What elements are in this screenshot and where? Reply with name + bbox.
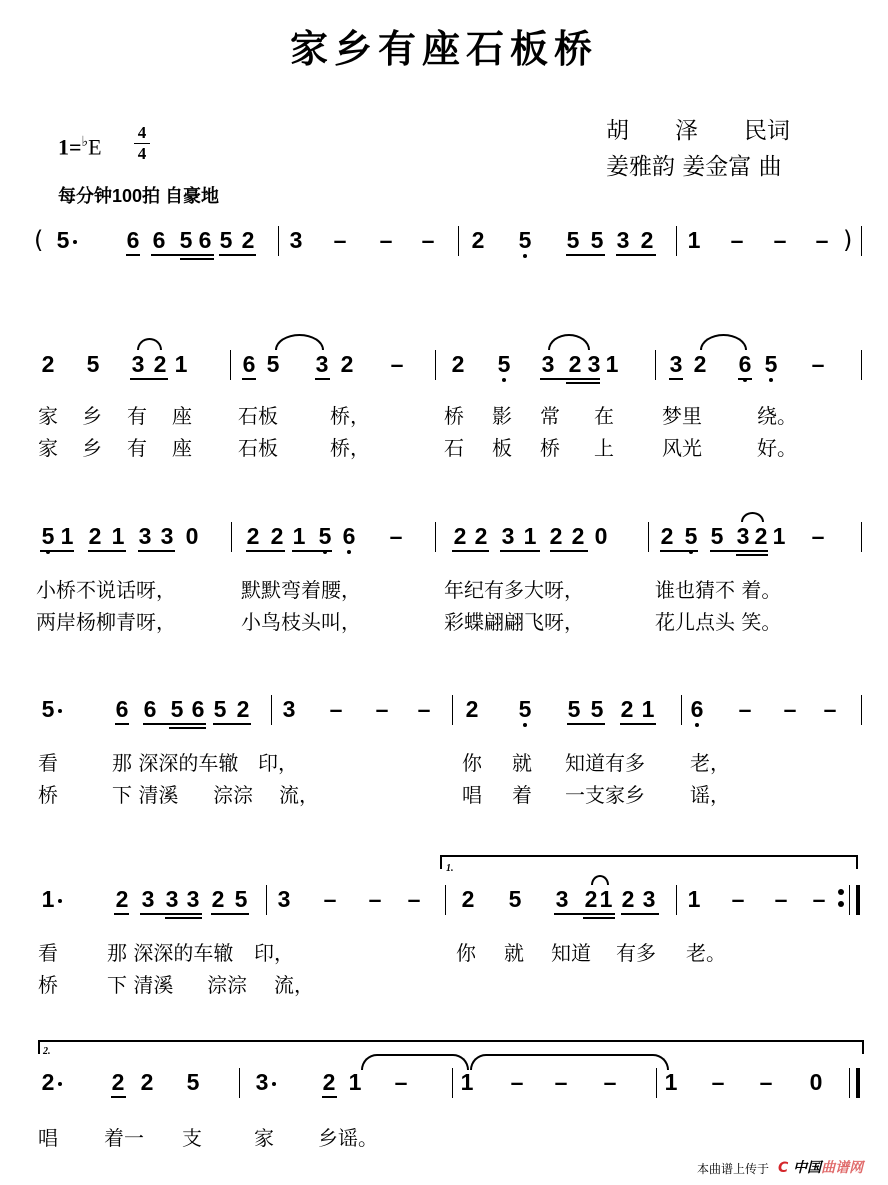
logo-mark-icon: C: [778, 1160, 788, 1176]
note: 5: [568, 697, 581, 721]
note: 6: [144, 697, 157, 721]
underline-beam: [566, 254, 605, 256]
underline-beam: [566, 382, 600, 384]
note: 3: [670, 352, 683, 376]
volta-bracket-2: [38, 1040, 864, 1054]
note: 3: [283, 697, 296, 721]
lyric-text: 座: [172, 432, 192, 461]
slur-arc: [591, 875, 609, 885]
underline-beam: [111, 1096, 126, 1098]
lyric-text: 着一: [104, 1122, 144, 1151]
note: –: [812, 524, 825, 548]
lyric-text: 谣，: [690, 779, 730, 808]
underline-beam: [292, 550, 332, 552]
note: 5: [765, 352, 778, 376]
note: 2: [452, 352, 465, 376]
lyric-text: 知道: [551, 937, 591, 966]
note: 0: [186, 524, 199, 548]
note: 3: [166, 887, 179, 911]
note: 0: [595, 524, 608, 548]
volta-bracket-1: [440, 855, 858, 869]
lyric-text: 桥: [38, 779, 58, 808]
underline-beam: [213, 723, 251, 725]
note: 1: [606, 352, 619, 376]
note: 2: [462, 887, 475, 911]
note: 6: [127, 228, 140, 252]
note: 2: [475, 524, 488, 548]
underline-beam: [126, 254, 140, 256]
underline-beam: [554, 913, 615, 915]
lyric-text: 年纪有多大呀，: [444, 574, 584, 603]
underline-beam: [621, 913, 659, 915]
bar-line: [458, 226, 459, 256]
note: –: [380, 228, 393, 252]
repeat-dot: [838, 901, 844, 907]
lyric-text: 石板: [238, 432, 278, 461]
note: 2: [472, 228, 485, 252]
bar-line: [849, 1068, 850, 1098]
note: –: [816, 228, 829, 252]
low-octave-dot: [769, 378, 773, 382]
lyric-text: 桥: [540, 432, 560, 461]
bar-line: [648, 522, 649, 552]
lyric-text: 老。: [686, 937, 726, 966]
note: 1: [61, 524, 74, 548]
note: –: [732, 887, 745, 911]
note: 3: [542, 352, 555, 376]
underline-beam: [315, 378, 330, 380]
note: 1: [42, 887, 55, 911]
lyric-text: 印，: [254, 937, 294, 966]
note: 2: [550, 524, 563, 548]
lyric-text: 梦里: [662, 400, 702, 429]
note: 2: [112, 1070, 125, 1094]
note: 2: [89, 524, 102, 548]
note: 6: [192, 697, 205, 721]
note: –: [812, 352, 825, 376]
underline-beam: [736, 554, 768, 556]
note: 3: [290, 228, 303, 252]
lyric-text: 桥: [444, 400, 464, 429]
bar-line: [861, 350, 862, 380]
lyric-text: 常: [540, 400, 560, 429]
note: –: [774, 228, 787, 252]
lyric-text: 绕。: [757, 400, 797, 429]
note: 1: [600, 887, 613, 911]
lyric-text: 乡谣。: [318, 1122, 378, 1151]
bar-line: [452, 695, 453, 725]
note: 5: [42, 524, 55, 548]
underline-beam: [710, 550, 768, 552]
note: 5: [567, 228, 580, 252]
lyric-text: 乡: [82, 400, 102, 429]
note: –: [376, 697, 389, 721]
note: –: [334, 228, 347, 252]
bar-line: [856, 885, 860, 915]
lyric-text: 在: [594, 400, 614, 429]
note: 3: [643, 887, 656, 911]
lyric-text: 桥，: [330, 432, 370, 461]
lyric-text: 老，: [690, 747, 730, 776]
lyric-text: 石: [444, 432, 464, 461]
time-bottom: 4: [134, 145, 150, 163]
bar-line: [231, 522, 232, 552]
lyric-text: 就: [512, 747, 532, 776]
note: 6: [739, 352, 752, 376]
underline-beam: [616, 254, 656, 256]
key-prefix: 1=: [58, 134, 82, 159]
lyric-text: 看: [38, 747, 58, 776]
underline-beam: [143, 723, 206, 725]
note: 5: [498, 352, 511, 376]
tempo-marking: 每分钟100拍 自豪地: [58, 182, 219, 208]
underline-beam: [211, 913, 249, 915]
note: 5: [509, 887, 522, 911]
note: 6: [116, 697, 129, 721]
bar-line: [856, 1068, 860, 1098]
bar-line: [445, 885, 446, 915]
note: –: [775, 887, 788, 911]
underline-beam: [669, 378, 683, 380]
lyric-text: 有: [127, 432, 147, 461]
repeat-dot: [838, 889, 844, 895]
note: –: [760, 1070, 773, 1094]
augmentation-dot: [58, 709, 62, 713]
note: 2: [585, 887, 598, 911]
note: 6: [343, 524, 356, 548]
bar-line: [681, 695, 682, 725]
note: 2: [454, 524, 467, 548]
note: 5: [220, 228, 233, 252]
slur-arc: [137, 338, 162, 350]
augmentation-dot: [272, 1082, 276, 1086]
note: 1: [175, 352, 188, 376]
note: 5: [591, 228, 604, 252]
lyric-text: 谁也猜不 着。: [655, 574, 781, 603]
slur-arc: [700, 334, 747, 350]
song-title: 家乡有座石板桥: [0, 18, 888, 73]
note: 3: [187, 887, 200, 911]
note: 2: [154, 352, 167, 376]
note: 3: [737, 524, 750, 548]
underline-beam: [583, 917, 615, 919]
lyric-text: 板: [492, 432, 512, 461]
underline-beam: [322, 1096, 337, 1098]
note: 5: [267, 352, 280, 376]
note: 1: [665, 1070, 678, 1094]
bar-line: [435, 350, 436, 380]
lyric-text: 桥，: [330, 400, 370, 429]
underline-beam: [246, 550, 285, 552]
note: 2: [569, 352, 582, 376]
volta-label-2: 2.: [43, 1046, 51, 1057]
note: –: [604, 1070, 617, 1094]
note: 2: [661, 524, 674, 548]
close-paren: ): [843, 226, 852, 254]
note: 1: [461, 1070, 474, 1094]
lyric-text: 座: [172, 400, 192, 429]
note: 0: [810, 1070, 823, 1094]
bar-line: [435, 522, 436, 552]
note: 2: [212, 887, 225, 911]
footer-upload-text: 本曲谱上传于: [697, 1160, 769, 1177]
bar-line: [655, 350, 656, 380]
note: 5: [685, 524, 698, 548]
underline-beam: [180, 258, 214, 260]
note: –: [813, 887, 826, 911]
lyric-text: 印，: [258, 747, 298, 776]
note: 2: [341, 352, 354, 376]
underline-beam: [115, 723, 129, 725]
note: 2: [323, 1070, 336, 1094]
note: 3: [142, 887, 155, 911]
note: 5: [87, 352, 100, 376]
note: 2: [242, 228, 255, 252]
underline-beam: [140, 913, 202, 915]
underline-beam: [40, 550, 74, 552]
bar-line: [849, 885, 850, 915]
slur-arc: [548, 334, 590, 350]
lyric-text: 上: [594, 432, 614, 461]
bar-line: [266, 885, 267, 915]
note: 3: [556, 887, 569, 911]
note: 2: [247, 524, 260, 548]
note: –: [324, 887, 337, 911]
underline-beam: [540, 378, 600, 380]
lyric-text: 淙淙: [213, 779, 253, 808]
note: 3: [278, 887, 291, 911]
note: 1: [773, 524, 786, 548]
note: 2: [271, 524, 284, 548]
note: 2: [622, 887, 635, 911]
lyric-text: 着: [512, 779, 532, 808]
note: 2: [621, 697, 634, 721]
note: –: [555, 1070, 568, 1094]
note: 2: [141, 1070, 154, 1094]
lyric-text: 知道有多: [565, 747, 645, 776]
note: 2: [42, 1070, 55, 1094]
note: 6: [153, 228, 166, 252]
augmentation-dot: [58, 899, 62, 903]
note: 2: [116, 887, 129, 911]
lyric-text: 就: [504, 937, 524, 966]
underline-beam: [130, 378, 168, 380]
note: 2: [466, 697, 479, 721]
note: –: [418, 697, 431, 721]
lyric-text: 支: [182, 1122, 202, 1151]
underline-beam: [114, 913, 129, 915]
lyric-text: 你: [456, 937, 476, 966]
open-paren: (: [34, 226, 43, 254]
note: 5: [591, 697, 604, 721]
lyric-text: 桥: [38, 969, 58, 998]
lyric-text: 乡: [82, 432, 102, 461]
note: 1: [688, 887, 701, 911]
lyric-text: 影: [492, 400, 512, 429]
underline-beam: [88, 550, 126, 552]
note: –: [369, 887, 382, 911]
note: 5: [42, 697, 55, 721]
augmentation-dot: [58, 1082, 62, 1086]
underline-beam: [169, 727, 206, 729]
lyric-text: 好。: [757, 432, 797, 461]
lyric-text: 一支家乡: [565, 779, 645, 808]
composer-credit: 姜雅韵 姜金富 曲: [606, 148, 782, 181]
note: 3: [316, 352, 329, 376]
note: 3: [256, 1070, 269, 1094]
note: 2: [755, 524, 768, 548]
lyric-text: 淙淙: [207, 969, 247, 998]
bar-line: [271, 695, 272, 725]
note: 3: [139, 524, 152, 548]
note: 1: [524, 524, 537, 548]
note: 6: [691, 697, 704, 721]
note: 6: [243, 352, 256, 376]
lyric-text: 家: [254, 1122, 274, 1151]
lyric-text: 那 深深的车辙: [112, 747, 238, 776]
note: –: [391, 352, 404, 376]
low-octave-dot: [695, 723, 699, 727]
slur-arc: [275, 334, 324, 350]
note: –: [390, 524, 403, 548]
bar-line: [676, 226, 677, 256]
underline-beam: [151, 254, 214, 256]
note: 3: [617, 228, 630, 252]
bar-line: [278, 226, 279, 256]
note: 5: [214, 697, 227, 721]
note: 1: [112, 524, 125, 548]
lyric-text: 流，: [279, 779, 319, 808]
note: 2: [237, 697, 250, 721]
note: 5: [319, 524, 332, 548]
lyric-text: 下 清溪: [107, 969, 173, 998]
bar-line: [676, 885, 677, 915]
note: 3: [161, 524, 174, 548]
note: 5: [187, 1070, 200, 1094]
bar-line: [861, 522, 862, 552]
low-octave-dot: [347, 550, 351, 554]
note: 3: [588, 352, 601, 376]
lyric-text: 小鸟枝头叫，: [241, 606, 361, 635]
key-name: E: [88, 134, 101, 159]
underline-beam: [242, 378, 256, 380]
note: 5: [519, 697, 532, 721]
lyric-text: 小桥不说话呀，: [36, 574, 176, 603]
underline-beam: [567, 723, 605, 725]
underline-beam: [738, 378, 752, 380]
note: 1: [349, 1070, 362, 1094]
lyric-text: 石板: [238, 400, 278, 429]
note: –: [330, 697, 343, 721]
note: –: [712, 1070, 725, 1094]
lyric-text: 流，: [274, 969, 314, 998]
site-logo[interactable]: C 中国曲谱网: [778, 1157, 863, 1177]
bar-line: [656, 1068, 657, 1098]
lyricist-credit: 胡 泽 民词: [606, 112, 790, 145]
underline-beam: [500, 550, 540, 552]
low-octave-dot: [502, 378, 506, 382]
lyric-text: 你: [462, 747, 482, 776]
lyric-text: 唱: [38, 1122, 58, 1151]
note: 5: [711, 524, 724, 548]
underline-beam: [165, 917, 202, 919]
lyric-text: 有: [127, 400, 147, 429]
time-signature: 44: [134, 124, 150, 163]
lyric-text: 两岸杨柳青呀，: [36, 606, 176, 635]
bar-line: [861, 226, 862, 256]
underline-beam: [138, 550, 175, 552]
lyric-text: 风光: [662, 432, 702, 461]
note: –: [824, 697, 837, 721]
key-signature: 1=♭E: [58, 134, 102, 160]
lyric-text: 默默弯着腰，: [241, 574, 361, 603]
note: 2: [641, 228, 654, 252]
note: 1: [688, 228, 701, 252]
note: 6: [199, 228, 212, 252]
logo-text-red: 曲谱网: [821, 1160, 863, 1176]
note: –: [422, 228, 435, 252]
note: –: [739, 697, 752, 721]
logo-text-bold: 中国: [793, 1160, 821, 1176]
augmentation-dot: [73, 240, 77, 244]
lyric-text: 花儿点头 笑。: [655, 606, 781, 635]
bar-line: [861, 695, 862, 725]
bar-line: [239, 1068, 240, 1098]
lyric-text: 唱: [462, 779, 482, 808]
lyric-text: 有多: [616, 937, 656, 966]
lyric-text: 那 深深的车辙: [107, 937, 233, 966]
note: –: [784, 697, 797, 721]
lyric-text: 彩蝶翩翩飞呀，: [444, 606, 584, 635]
note: –: [408, 887, 421, 911]
note: 2: [42, 352, 55, 376]
note: 5: [180, 228, 193, 252]
note: 5: [519, 228, 532, 252]
bar-line: [452, 1068, 453, 1098]
low-octave-dot: [523, 723, 527, 727]
underline-beam: [660, 550, 698, 552]
note: 5: [57, 228, 70, 252]
volta-label-1: 1.: [446, 863, 454, 874]
note: 2: [572, 524, 585, 548]
note: 3: [132, 352, 145, 376]
low-octave-dot: [523, 254, 527, 258]
note: 1: [642, 697, 655, 721]
note: 1: [293, 524, 306, 548]
lyric-text: 家: [38, 432, 58, 461]
note: 5: [171, 697, 184, 721]
bar-line: [230, 350, 231, 380]
underline-beam: [550, 550, 588, 552]
time-top: 4: [134, 124, 150, 142]
note: –: [511, 1070, 524, 1094]
note: 5: [235, 887, 248, 911]
lyric-text: 看: [38, 937, 58, 966]
tie-arc: [470, 1054, 669, 1070]
note: –: [395, 1070, 408, 1094]
note: –: [731, 228, 744, 252]
underline-beam: [219, 254, 256, 256]
slur-arc: [741, 512, 764, 522]
note: 2: [694, 352, 707, 376]
lyric-text: 下 清溪: [112, 779, 178, 808]
lyric-text: 家: [38, 400, 58, 429]
underline-beam: [620, 723, 656, 725]
note: 3: [502, 524, 515, 548]
underline-beam: [452, 550, 489, 552]
